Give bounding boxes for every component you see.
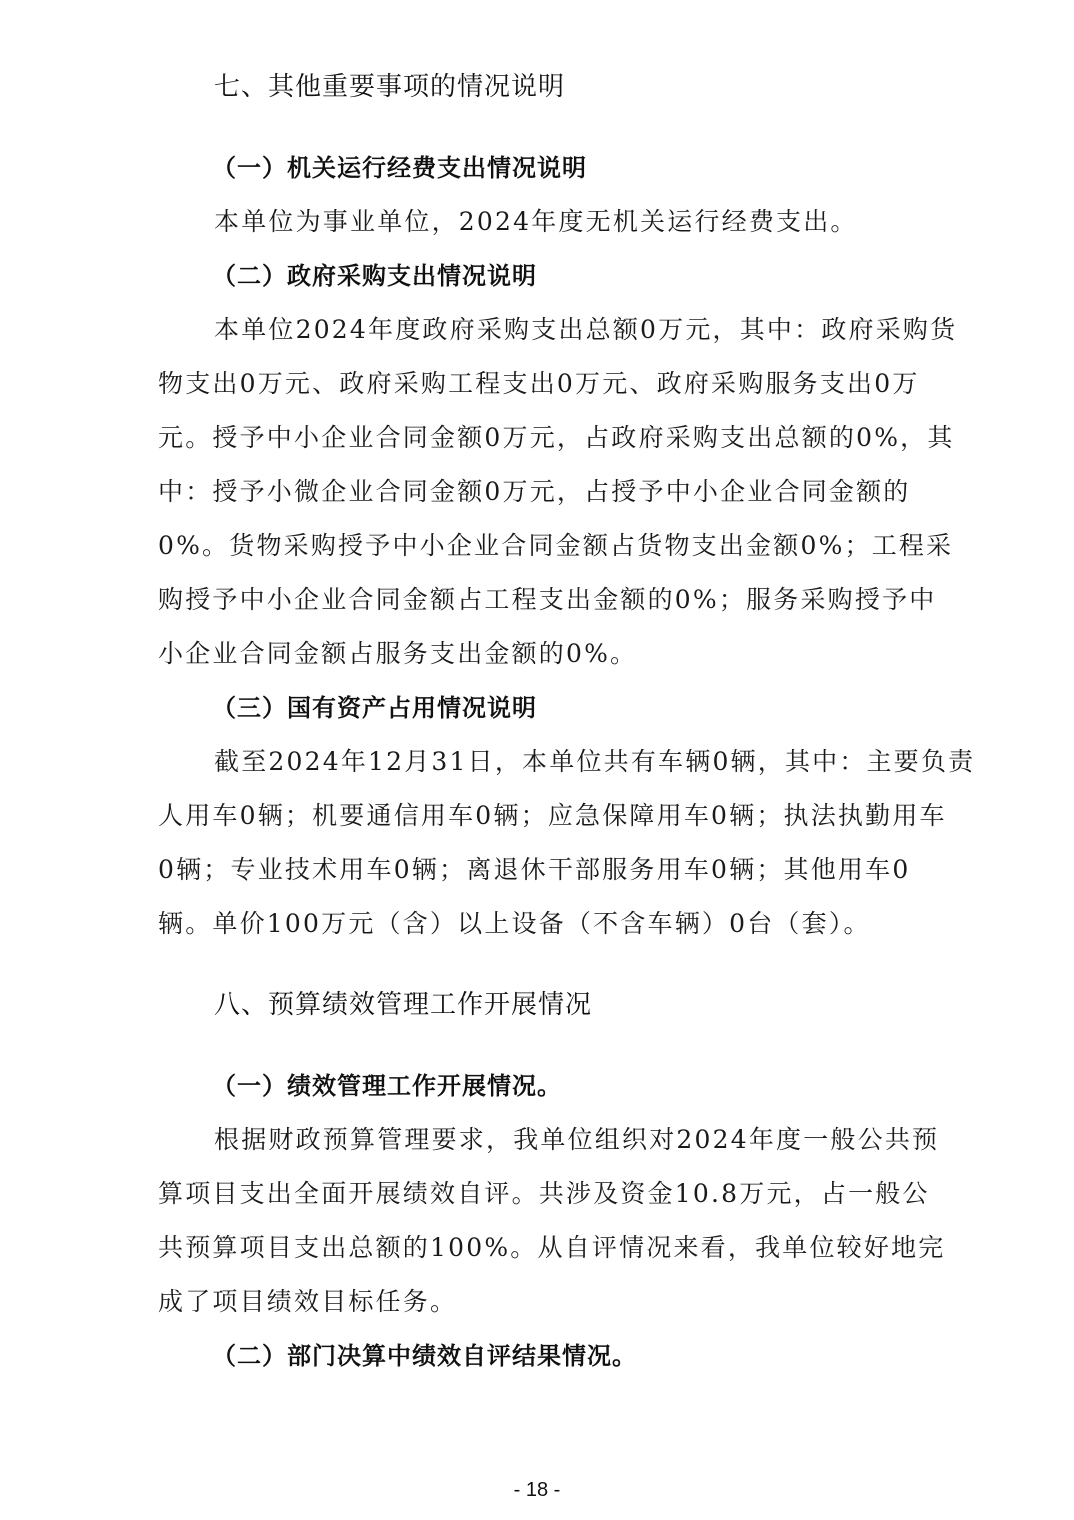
paragraph-line: 辆。单价100万元（含）以上设备（不含车辆）0台（套）。 bbox=[158, 908, 871, 940]
section-8-1-heading: （一）绩效管理工作开展情况。 bbox=[212, 1070, 562, 1102]
section-8-heading: 八、预算绩效管理工作开展情况 bbox=[214, 988, 592, 1022]
paragraph-line: 根据财政预算管理要求，我单位组织对2024年度一般公共预 bbox=[214, 1124, 939, 1156]
section-7-heading: 七、其他重要事项的情况说明 bbox=[214, 70, 565, 104]
paragraph-line: 本单位2024年度政府采购支出总额0万元，其中：政府采购货 bbox=[214, 314, 957, 346]
paragraph-line: 算项目支出全面开展绩效自评。共涉及资金10.8万元，占一般公 bbox=[158, 1178, 930, 1210]
paragraph-line: 0辆；专业技术用车0辆；离退休干部服务用车0辆；其他用车0 bbox=[158, 854, 910, 886]
paragraph-line: 人用车0辆；机要通信用车0辆；应急保障用车0辆；执法执勤用车 bbox=[158, 800, 947, 832]
document-page: 七、其他重要事项的情况说明 （一）机关运行经费支出情况说明 本单位为事业单位，2… bbox=[0, 0, 1074, 1520]
paragraph-line: 中：授予小微企业合同金额0万元，占授予中小企业合同金额的 bbox=[158, 476, 911, 508]
section-7-2-heading: （二）政府采购支出情况说明 bbox=[212, 260, 537, 292]
paragraph-line: 共预算项目支出总额的100%。从自评情况来看，我单位较好地完 bbox=[158, 1232, 945, 1264]
paragraph-line: 购授予中小企业合同金额占工程支出金额的0%；服务采购授予中 bbox=[158, 584, 936, 616]
paragraph-line: 小企业合同金额占服务支出金额的0%。 bbox=[158, 638, 637, 670]
paragraph-line: 截至2024年12月31日，本单位共有车辆0辆，其中：主要负责 bbox=[214, 746, 975, 778]
paragraph-line: 本单位为事业单位，2024年度无机关运行经费支出。 bbox=[214, 206, 858, 238]
section-8-2-heading: （二）部门决算中绩效自评结果情况。 bbox=[212, 1340, 637, 1372]
paragraph-line: 成了项目绩效目标任务。 bbox=[158, 1286, 457, 1318]
paragraph-line: 元。授予中小企业合同金额0万元，占政府采购支出总额的0%，其 bbox=[158, 422, 955, 454]
page-number: - 18 - bbox=[0, 1478, 1074, 1502]
section-7-3-heading: （三）国有资产占用情况说明 bbox=[212, 692, 537, 724]
paragraph-line: 物支出0万元、政府采购工程支出0万元、政府采购服务支出0万 bbox=[158, 368, 920, 400]
section-7-1-heading: （一）机关运行经费支出情况说明 bbox=[212, 152, 587, 184]
paragraph-line: 0%。货物采购授予中小企业合同金额占货物支出金额0%；工程采 bbox=[158, 530, 953, 562]
